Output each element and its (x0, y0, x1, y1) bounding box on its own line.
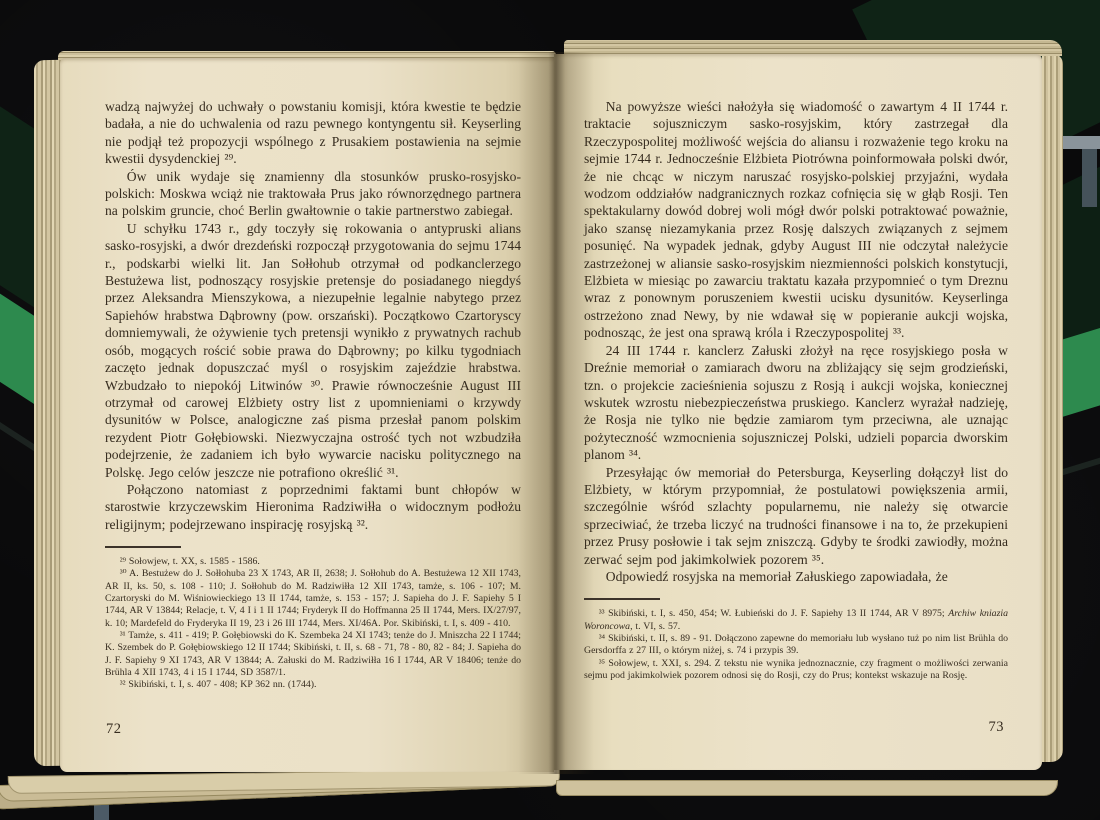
background-gray-object-horizontal (1058, 136, 1100, 149)
page-edges-left (34, 60, 62, 766)
page-number-left: 72 (106, 721, 122, 738)
background-gray-object-vertical (1082, 149, 1097, 207)
right-page: Na powyższe wieści nałożyła się wiadomoś… (554, 54, 1042, 770)
footnote: ³⁰ A. Bestużew do J. Sołłohuba 23 X 1743… (105, 568, 521, 629)
footnote-text: ³³ Skibiński, t. I, s. 450, 454; W. Łubi… (599, 608, 949, 619)
page-number-right: 73 (989, 719, 1005, 736)
left-page-body: wadzą najwyżej do uchwały o powstaniu ko… (60, 58, 554, 533)
footnote: ³¹ Tamże, s. 411 - 419; P. Gołębiowski d… (105, 630, 521, 679)
body-paragraph: 24 III 1744 r. kanclerz Załuski złożył n… (584, 342, 1008, 464)
body-paragraph: Ów unik wydaje się znamienny dla stosunk… (105, 168, 521, 220)
footnote: ³⁴ Skibiński, t. II, s. 89 - 91. Dołączo… (584, 633, 1008, 658)
footnote: ³³ Skibiński, t. I, s. 450, 454; W. Łubi… (584, 608, 1008, 633)
footnote-text: ³⁴ Skibiński, t. II, s. 89 - 91. Dołączo… (584, 633, 1008, 656)
page-edges-bottom-right (556, 780, 1058, 796)
footnote-separator (105, 546, 181, 548)
left-page-footnotes: ²⁹ Sołowjew, t. XX, s. 1585 - 1586. ³⁰ A… (60, 556, 554, 691)
right-page-footnotes: ³³ Skibiński, t. I, s. 450, 454; W. Łubi… (554, 608, 1042, 682)
body-paragraph: Połączono natomiast z poprzednimi faktam… (105, 481, 521, 533)
footnote: ³⁵ Sołowjew, t. XXI, s. 294. Z tekstu ni… (584, 658, 1008, 683)
page-edges-bottom-fan (8, 768, 560, 794)
body-paragraph: wadzą najwyżej do uchwały o powstaniu ko… (105, 98, 521, 168)
footnote: ³² Skibiński, t. I, s. 407 - 408; KP 362… (105, 679, 521, 691)
body-paragraph: Na powyższe wieści nałożyła się wiadomoś… (584, 98, 1008, 342)
body-paragraph: Przesyłając ów memoriał do Petersburga, … (584, 464, 1008, 568)
photo-background: wadzą najwyżej do uchwały o powstaniu ko… (0, 0, 1100, 820)
footnote: ²⁹ Sołowjew, t. XX, s. 1585 - 1586. (105, 556, 521, 568)
right-page-body: Na powyższe wieści nałożyła się wiadomoś… (554, 54, 1042, 585)
body-paragraph: Odpowiedź rosyjska na memoriał Załuskieg… (584, 568, 1008, 585)
footnote-text: ³⁵ Sołowjew, t. XXI, s. 294. Z tekstu ni… (584, 658, 1008, 681)
page-edges-right (1042, 54, 1063, 762)
body-paragraph: U schyłku 1743 r., gdy toczyły się rokow… (105, 220, 521, 481)
footnote-text: , t. VI, s. 57. (630, 621, 680, 632)
open-book: wadzą najwyżej do uchwały o powstaniu ko… (36, 40, 1062, 788)
left-page: wadzą najwyżej do uchwały o powstaniu ko… (60, 58, 554, 772)
footnote-separator (584, 598, 660, 600)
